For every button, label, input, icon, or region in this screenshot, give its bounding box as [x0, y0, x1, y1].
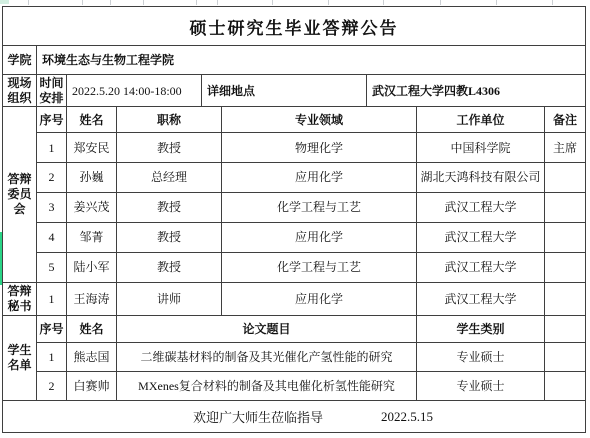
committee-row: 2 孙巍 总经理 应用化学 湖北天鸿科技有限公司 — [37, 163, 585, 193]
spreadsheet-gridline — [196, 0, 197, 5]
col-header-name: 姓名 — [67, 107, 117, 132]
spreadsheet-gridline — [552, 0, 553, 5]
member-title: 教授 — [117, 193, 222, 222]
secretary-body: 1 王海涛 讲师 应用化学 武汉工程大学 — [37, 283, 585, 315]
member-name: 孙巍 — [67, 163, 117, 192]
secretary-field: 应用化学 — [222, 283, 417, 315]
student-blank — [545, 343, 585, 371]
member-title: 教授 — [117, 223, 222, 252]
student-thesis: MXenes复合材料的制备及其电催化析氢性能研究 — [117, 372, 417, 401]
secretary-row: 1 王海涛 讲师 应用化学 武汉工程大学 — [37, 283, 585, 315]
committee-section: 答辩委员会 序号 姓名 职称 专业领域 工作单位 备注 1 郑安民 教授 物理化… — [3, 107, 585, 283]
spreadsheet-gridline — [28, 0, 29, 5]
member-org: 湖北天鸿科技有限公司 — [417, 163, 545, 192]
spreadsheet-gridline — [272, 0, 273, 5]
students-label: 学生名单 — [3, 316, 37, 400]
member-name: 邹菁 — [67, 223, 117, 252]
member-note — [545, 253, 585, 283]
announcement-table: 硕士研究生毕业答辩公告 学院 环境生态与生物工程学院 现场组织 时间安排 202… — [2, 6, 586, 433]
site-row: 现场组织 时间安排 2022.5.20 14:00-18:00 详细地点 武汉工… — [3, 75, 585, 108]
member-no: 1 — [37, 133, 67, 162]
college-value: 环境生态与生物工程学院 — [37, 46, 585, 74]
col-header-no: 序号 — [37, 316, 67, 342]
secretary-no: 1 — [37, 283, 67, 315]
committee-row: 4 邹菁 教授 应用化学 武汉工程大学 — [37, 223, 585, 253]
committee-header-row: 序号 姓名 职称 专业领域 工作单位 备注 — [37, 107, 585, 133]
member-note — [545, 163, 585, 192]
member-title: 总经理 — [117, 163, 222, 192]
member-field: 化学工程与工艺 — [222, 193, 417, 222]
student-thesis: 二维碳基材料的制备及其光催化产氢性能的研究 — [117, 343, 417, 371]
member-field: 应用化学 — [222, 163, 417, 192]
member-org: 武汉工程大学 — [417, 193, 545, 222]
col-header-blank — [545, 316, 585, 342]
member-name: 郑安民 — [67, 133, 117, 162]
col-header-type: 学生类别 — [417, 316, 545, 342]
member-org: 武汉工程大学 — [417, 253, 545, 283]
student-name: 熊志国 — [67, 343, 117, 371]
member-note — [545, 193, 585, 222]
student-type: 专业硕士 — [417, 372, 545, 401]
spreadsheet-gridline — [110, 0, 111, 5]
committee-row: 1 郑安民 教授 物理化学 中国科学院 主席 — [37, 133, 585, 163]
time-label: 时间安排 — [37, 75, 67, 107]
committee-row: 5 陆小军 教授 化学工程与工艺 武汉工程大学 — [37, 253, 585, 283]
secretary-name: 王海涛 — [67, 283, 117, 315]
place-label: 详细地点 — [202, 75, 367, 107]
member-title: 教授 — [117, 133, 222, 162]
member-field: 应用化学 — [222, 223, 417, 252]
student-row: 2 白赛帅 MXenes复合材料的制备及其电催化析氢性能研究 专业硕士 — [37, 372, 585, 401]
corner-tint — [0, 0, 9, 4]
spreadsheet-gridline — [143, 0, 144, 5]
announcement-page: 硕士研究生毕业答辩公告 学院 环境生态与生物工程学院 现场组织 时间安排 202… — [0, 0, 590, 438]
spreadsheet-gridline — [496, 0, 497, 5]
place-value: 武汉工程大学四教L4306 — [367, 75, 585, 107]
committee-body: 序号 姓名 职称 专业领域 工作单位 备注 1 郑安民 教授 物理化学 中国科学… — [37, 107, 585, 282]
member-field: 物理化学 — [222, 133, 417, 162]
committee-row: 3 姜兴茂 教授 化学工程与工艺 武汉工程大学 — [37, 193, 585, 223]
col-header-name: 姓名 — [67, 316, 117, 342]
member-name: 姜兴茂 — [67, 193, 117, 222]
spreadsheet-gridline — [82, 0, 83, 5]
secretary-org: 武汉工程大学 — [417, 283, 545, 315]
students-header-row: 序号 姓名 论文题目 学生类别 — [37, 316, 585, 343]
member-note — [545, 223, 585, 252]
students-body: 序号 姓名 论文题目 学生类别 1 熊志国 二维碳基材料的制备及其光催化产氢性能… — [37, 316, 585, 400]
student-no: 2 — [37, 372, 67, 401]
member-org: 武汉工程大学 — [417, 223, 545, 252]
college-label: 学院 — [3, 46, 37, 74]
secretary-note — [545, 283, 585, 315]
student-blank — [545, 372, 585, 401]
student-row: 1 熊志国 二维碳基材料的制备及其光催化产氢性能的研究 专业硕士 — [37, 343, 585, 372]
footer-date: 2022.5.15 — [381, 409, 433, 425]
page-title: 硕士研究生毕业答辩公告 — [190, 14, 399, 39]
title-row: 硕士研究生毕业答辩公告 — [3, 7, 585, 46]
time-value: 2022.5.20 14:00-18:00 — [67, 75, 202, 107]
member-org: 中国科学院 — [417, 133, 545, 162]
student-type: 专业硕士 — [417, 343, 545, 371]
col-header-title: 职称 — [117, 107, 222, 132]
secretary-title: 讲师 — [117, 283, 222, 315]
secretary-section: 答辩秘书 1 王海涛 讲师 应用化学 武汉工程大学 — [3, 283, 585, 316]
member-no: 3 — [37, 193, 67, 222]
spreadsheet-gridline — [440, 0, 441, 5]
spreadsheet-gridline — [217, 0, 218, 5]
col-header-thesis: 论文题目 — [117, 316, 417, 342]
secretary-label: 答辩秘书 — [3, 283, 37, 315]
col-header-no: 序号 — [37, 107, 67, 132]
member-no: 2 — [37, 163, 67, 192]
spreadsheet-gridline — [328, 0, 329, 5]
col-header-field: 专业领域 — [222, 107, 417, 132]
footer-row: 欢迎广大师生莅临指导 2022.5.15 — [3, 401, 585, 432]
member-note: 主席 — [545, 133, 585, 162]
student-name: 白赛帅 — [67, 372, 117, 401]
footer-message: 欢迎广大师生莅临指导 — [3, 407, 513, 426]
member-no: 5 — [37, 253, 67, 283]
member-name: 陆小军 — [67, 253, 117, 283]
students-section: 学生名单 序号 姓名 论文题目 学生类别 1 熊志国 二维碳基材料的制备及其光催… — [3, 316, 585, 401]
member-title: 教授 — [117, 253, 222, 283]
member-field: 化学工程与工艺 — [222, 253, 417, 283]
member-no: 4 — [37, 223, 67, 252]
committee-label: 答辩委员会 — [3, 107, 37, 282]
col-header-org: 工作单位 — [417, 107, 545, 132]
col-header-note: 备注 — [545, 107, 585, 132]
college-row: 学院 环境生态与生物工程学院 — [3, 46, 585, 75]
site-label: 现场组织 — [3, 75, 37, 107]
student-no: 1 — [37, 343, 67, 371]
spreadsheet-gridline — [383, 0, 384, 5]
